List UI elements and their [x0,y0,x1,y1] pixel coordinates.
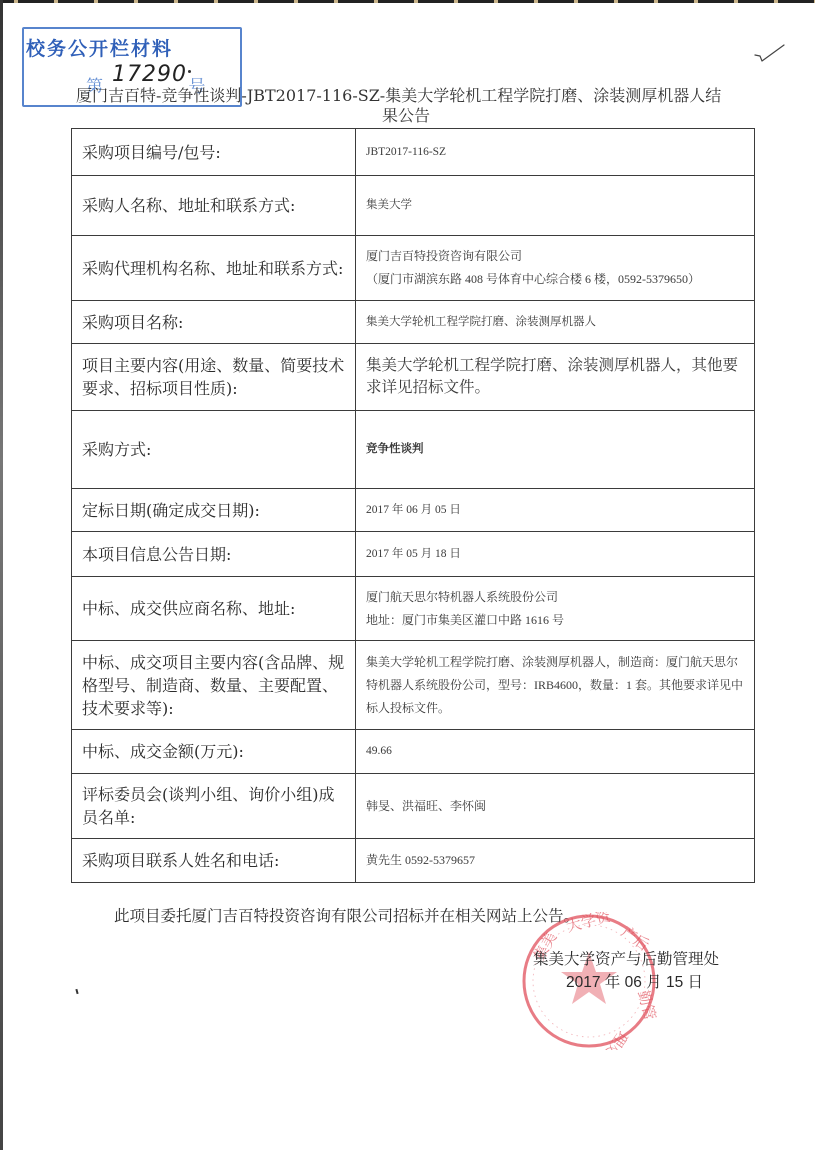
svg-text:勤管: 勤管 [634,988,658,1022]
table-row: 中标、成交供应商名称、地址: 厦门航天思尔特机器人系统股份公司 地址：厦门市集美… [72,577,755,641]
row-label: 采购代理机构名称、地址和联系方式: [72,236,356,301]
scan-speck [75,989,78,994]
row-value: 厦门航天思尔特机器人系统股份公司 地址：厦门市集美区灌口中路 1616 号 [356,577,755,641]
row-value: 竞争性谈判 [356,411,755,489]
footer-note: 此项目委托厦门吉百特投资咨询有限公司招标并在相关网站上公告。 [114,904,579,926]
title-line-1: 厦门吉百特-竞争性谈判-JBT2017-116-SZ-集美大学轮机工程学院打磨、… [76,86,721,105]
row-label: 中标、成交金额(万元): [72,730,356,774]
row-label: 中标、成交供应商名称、地址: [72,577,356,641]
title-line-2: 果公告 [76,106,756,126]
ink-dot [188,70,191,73]
table-row: 采购代理机构名称、地址和联系方式: 厦门吉百特投资咨询有限公司 （厦门市湖滨东路… [72,236,755,301]
table-row: 定标日期(确定成交日期): 2017 年 06 月 05 日 [72,489,755,532]
row-label: 本项目信息公告日期: [72,532,356,577]
row-value: 2017 年 05 月 18 日 [356,532,755,577]
row-value: 49.66 [356,730,755,774]
table-row: 本项目信息公告日期: 2017 年 05 月 18 日 [72,532,755,577]
svg-text:理处: 理处 [600,1028,632,1050]
row-label: 中标、成交项目主要内容(含品牌、规格型号、制造商、数量、主要配置、技术要求等): [72,641,356,730]
table-row: 采购方式: 竞争性谈判 [72,411,755,489]
issue-date: 2017 年 06 月 15 日 [566,970,703,992]
stamp-title: 校务公开栏材料 [26,34,173,61]
row-label: 采购项目编号/包号: [72,129,356,176]
table-row: 采购项目名称: 集美大学轮机工程学院打磨、涂装测厚机器人 [72,301,755,344]
document-title: 厦门吉百特-竞争性谈判-JBT2017-116-SZ-集美大学轮机工程学院打磨、… [76,86,756,126]
issuing-organization: 集美大学资产与后勤管理处 [533,947,719,969]
procurement-result-table: 采购项目编号/包号: JBT2017-116-SZ 采购人名称、地址和联系方式:… [71,128,755,883]
row-label: 采购项目名称: [72,301,356,344]
row-label: 评标委员会(谈判小组、询价小组)成员名单: [72,774,356,839]
row-value: 集美大学轮机工程学院打磨、涂装测厚机器人，制造商：厦门航天思尔特机器人系统股份公… [356,641,755,730]
table-row: 采购项目编号/包号: JBT2017-116-SZ [72,129,755,176]
table-row: 评标委员会(谈判小组、询价小组)成员名单: 韩旻、洪福旺、李怀闽 [72,774,755,839]
row-value: 韩旻、洪福旺、李怀闽 [356,774,755,839]
table-row: 中标、成交金额(万元): 49.66 [72,730,755,774]
table-row: 采购人名称、地址和联系方式: 集美大学 [72,176,755,236]
row-label: 采购方式: [72,411,356,489]
stamp-handwritten-number: 17290 [112,62,187,87]
row-value: 集美大学 [356,176,755,236]
row-label: 采购人名称、地址和联系方式: [72,176,356,236]
row-value: 厦门吉百特投资咨询有限公司 （厦门市湖滨东路 408 号体育中心综合楼 6 楼，… [356,236,755,301]
table-row: 中标、成交项目主要内容(含品牌、规格型号、制造商、数量、主要配置、技术要求等):… [72,641,755,730]
scan-edge-left [0,0,3,1150]
table-row: 采购项目联系人姓名和电话: 黄先生 0592-5379657 [72,839,755,883]
row-label: 项目主要内容(用途、数量、简要技术要求、招标项目性质): [72,344,356,411]
row-value: JBT2017-116-SZ [356,129,755,176]
row-label: 采购项目联系人姓名和电话: [72,839,356,883]
table-row: 项目主要内容(用途、数量、简要技术要求、招标项目性质): 集美大学轮机工程学院打… [72,344,755,411]
row-value: 集美大学轮机工程学院打磨、涂装测厚机器人 [356,301,755,344]
row-label: 定标日期(确定成交日期): [72,489,356,532]
checkmark-icon [754,44,786,68]
row-value: 2017 年 06 月 05 日 [356,489,755,532]
row-value: 集美大学轮机工程学院打磨、涂装测厚机器人，其他要求详见招标文件。 [356,344,755,411]
row-value: 黄先生 0592-5379657 [356,839,755,883]
scan-edge-top [0,0,815,3]
